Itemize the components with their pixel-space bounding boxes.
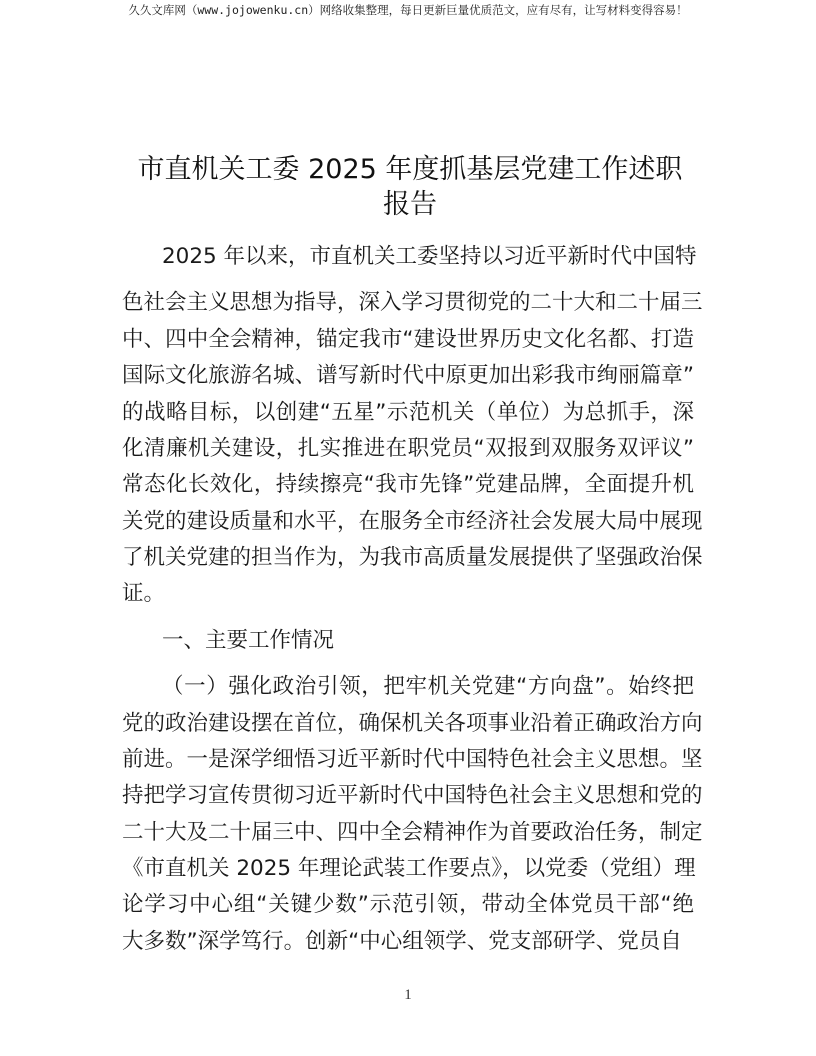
body-line: 论学习中心组“关键少数”示范引领，带动全体党员干部“绝	[122, 887, 694, 923]
body-line: 证。	[122, 576, 165, 612]
body-line: 《市直机关 2025 年理论武装工作要点》，以党委（党组）理	[122, 851, 694, 887]
page-number: 1	[0, 987, 816, 1004]
body-line: 党的政治建设摆在首位，确保机关各项事业沿着正确政治方向	[122, 706, 694, 742]
body-line: 的战略目标，以创建“五星”示范机关（单位）为总抓手，深	[122, 395, 694, 431]
body-line: 常态化长效化，持续擦亮“我市先锋”党建品牌，全面提升机	[122, 467, 694, 503]
body-line: 中、四中全会精神，锚定我市“建设世界历史文化名都、打造	[122, 322, 694, 358]
body-line: 国际文化旅游名城、谱写新时代中原更加出彩我市绚丽篇章”	[122, 358, 694, 394]
body-line: 持把学习宣传贯彻习近平新时代中国特色社会主义思想和党的	[122, 778, 694, 814]
section-heading: 一、主要工作情况	[162, 623, 334, 659]
body-line: 了机关党建的担当作为，为我市高质量发展提供了坚强政治保	[122, 540, 694, 576]
body-line: 色社会主义思想为指导，深入学习贯彻党的二十大和二十届三	[122, 285, 694, 321]
body-line: 前进。一是深学细悟习近平新时代中国特色社会主义思想。坚	[122, 742, 694, 778]
title-line-1: 市直机关工委 2025 年度抓基层党建工作述职	[138, 154, 683, 185]
subsection-heading-line: （一）强化政治引领，把牢机关党建“方向盘”。始终把	[162, 669, 694, 705]
body-line: 化清廉机关建设，扎实推进在职党员“双报到双服务双评议”	[122, 431, 694, 467]
body-line: 2025 年以来，市直机关工委坚持以习近平新时代中国特	[162, 239, 697, 275]
title-line-2: 报告	[383, 189, 437, 220]
body-line: 二十大及二十届三中、四中全会精神作为首要政治任务，制定	[122, 815, 694, 851]
document-title: 市直机关工委 2025 年度抓基层党建工作述职 报告	[110, 152, 710, 222]
body-line: 关党的建设质量和水平，在服务全市经济社会发展大局中展现	[122, 504, 694, 540]
body-line: 大多数”深学笃行。创新“中心组领学、党支部研学、党员自	[122, 924, 662, 960]
site-banner-header: 久久文库网（www.jojowenku.cn）网络收集整理，每日更新巨量优质范文…	[0, 3, 816, 17]
